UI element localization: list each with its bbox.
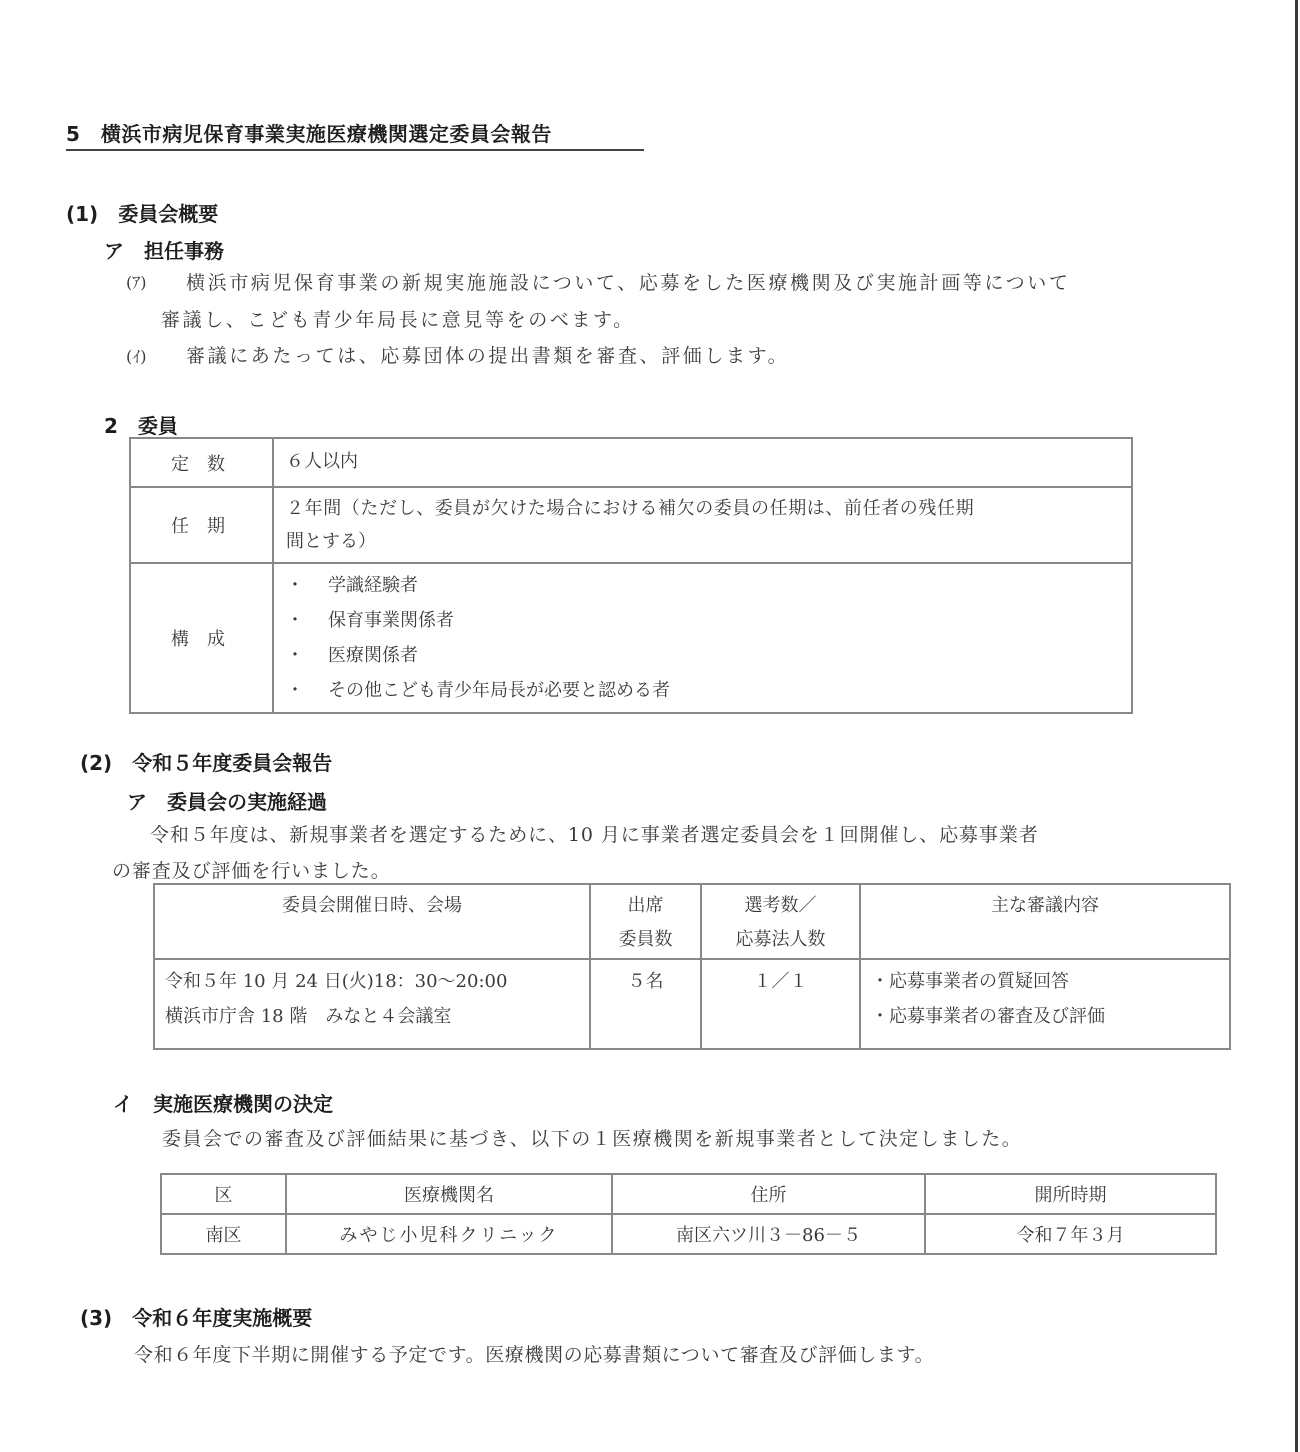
- meeting-venue: 横浜市庁舎 18 階 みなと４会議室: [165, 999, 579, 1034]
- label-quota: 定数: [130, 438, 273, 487]
- table-header-row: 委員会開催日時、会場 出席 委員数 選考数／ 応募法人数 主な審議内容: [154, 884, 1230, 959]
- cell-address: 南区六ツ川３－86－５: [612, 1214, 925, 1254]
- list-item: ・その他こども青少年局長が必要と認める者: [286, 673, 1119, 708]
- value-composition: ・学識経験者 ・保育事業関係者 ・医療関係者 ・その他こども青少年局長が必要と認…: [273, 563, 1132, 713]
- table-row: 令和５年 10 月 24 日(火)18：30～20:00 横浜市庁舎 18 階 …: [154, 959, 1230, 1049]
- section-2a-para-line1: 令和５年度は、新規事業者を選定するために、10 月に事業者選定委員会を１回開催し…: [150, 820, 1039, 847]
- col-header-name: 医療機関名: [286, 1174, 612, 1214]
- members-heading: 2 委員: [104, 410, 178, 439]
- meeting-datetime: 令和５年 10 月 24 日(火)18：30～20:00: [165, 964, 579, 999]
- list-item: ・学識経験者: [286, 568, 1119, 603]
- meetings-table: 委員会開催日時、会場 出席 委員数 選考数／ 応募法人数 主な審議内容 令和５年…: [153, 883, 1231, 1050]
- value-term: ２年間（ただし、委員が欠けた場合における補欠の委員の任期は、前任者の残任期 間と…: [273, 487, 1132, 563]
- section-2i-para: 委員会での審査及び評価結果に基づき、以下の１医療機関を新規事業者として決定しまし…: [162, 1124, 1022, 1151]
- cell-institution-name: みやじ小児科クリニック: [286, 1214, 612, 1254]
- label-composition: 構成: [130, 563, 273, 713]
- section-2a-heading: ア 委員会の実施経過: [127, 786, 327, 815]
- cell-opening: 令和７年３月: [925, 1214, 1216, 1254]
- members-table: 定数 ６人以内 任期 ２年間（ただし、委員が欠けた場合における補欠の委員の任期は…: [129, 437, 1133, 714]
- section-2i-heading: イ 実施医療機関の決定: [113, 1088, 333, 1117]
- section-2-heading: (2) 令和５年度委員会報告: [80, 747, 332, 776]
- cell-selected: １／１: [701, 959, 860, 1049]
- section-2a-para-line2: の審査及び評価を行いました。: [112, 856, 391, 883]
- page-edge-rule: [1295, 0, 1298, 1452]
- duty-item-1-line1: 横浜市病児保育事業の新規実施施設について、応募をした医療機関及び実施計画等につい…: [186, 268, 1070, 295]
- decision-table: 区 医療機関名 住所 開所時期 南区 みやじ小児科クリニック 南区六ツ川３－86…: [160, 1173, 1217, 1255]
- cell-attendees: ５名: [590, 959, 701, 1049]
- cell-ward: 南区: [161, 1214, 286, 1254]
- duty-item-1-line2: 審議し、こども青少年局長に意見等をのべます。: [161, 305, 635, 332]
- col-header-datetime: 委員会開催日時、会場: [154, 884, 590, 959]
- col-header-address: 住所: [612, 1174, 925, 1214]
- item-marker-i: (ｲ): [126, 344, 147, 367]
- duty-item-2: 審議にあたっては、応募団体の提出書類を審査、評価します。: [186, 341, 789, 368]
- value-term-line1: ２年間（ただし、委員が欠けた場合における補欠の委員の任期は、前任者の残任期: [286, 492, 1119, 525]
- document-title: 5 横浜市病児保育事業実施医療機関選定委員会報告: [66, 118, 644, 151]
- cell-topics: ・応募事業者の質疑回答 ・応募事業者の審査及び評価: [860, 959, 1230, 1049]
- topic-item: ・応募事業者の審査及び評価: [871, 999, 1219, 1034]
- section-3-heading: (3) 令和６年度実施概要: [80, 1302, 312, 1331]
- composition-list: ・学識経験者 ・保育事業関係者 ・医療関係者 ・その他こども青少年局長が必要と認…: [286, 568, 1119, 708]
- label-term: 任期: [130, 487, 273, 563]
- topic-item: ・応募事業者の質疑回答: [871, 964, 1219, 999]
- cell-datetime-venue: 令和５年 10 月 24 日(火)18：30～20:00 横浜市庁舎 18 階 …: [154, 959, 590, 1049]
- list-item: ・保育事業関係者: [286, 603, 1119, 638]
- section-3-para: 令和６年度下半期に開催する予定です。医療機関の応募書類について審査及び評価します…: [134, 1340, 934, 1367]
- item-marker-a: (ｱ): [126, 270, 147, 293]
- section-1a-heading: ア 担任事務: [104, 235, 224, 264]
- table-row: 構成 ・学識経験者 ・保育事業関係者 ・医療関係者 ・その他こども青少年局長が必…: [130, 563, 1132, 713]
- col-header-opening: 開所時期: [925, 1174, 1216, 1214]
- section-1-heading: (1) 委員会概要: [66, 198, 218, 227]
- value-term-line2: 間とする）: [286, 525, 1119, 558]
- table-header-row: 区 医療機関名 住所 開所時期: [161, 1174, 1216, 1214]
- value-quota: ６人以内: [273, 438, 1132, 487]
- col-header-selected: 選考数／ 応募法人数: [701, 884, 860, 959]
- table-row: 任期 ２年間（ただし、委員が欠けた場合における補欠の委員の任期は、前任者の残任期…: [130, 487, 1132, 563]
- col-header-attendees: 出席 委員数: [590, 884, 701, 959]
- col-header-topics: 主な審議内容: [860, 884, 1230, 959]
- table-row: 定数 ６人以内: [130, 438, 1132, 487]
- table-row: 南区 みやじ小児科クリニック 南区六ツ川３－86－５ 令和７年３月: [161, 1214, 1216, 1254]
- list-item: ・医療関係者: [286, 638, 1119, 673]
- col-header-ward: 区: [161, 1174, 286, 1214]
